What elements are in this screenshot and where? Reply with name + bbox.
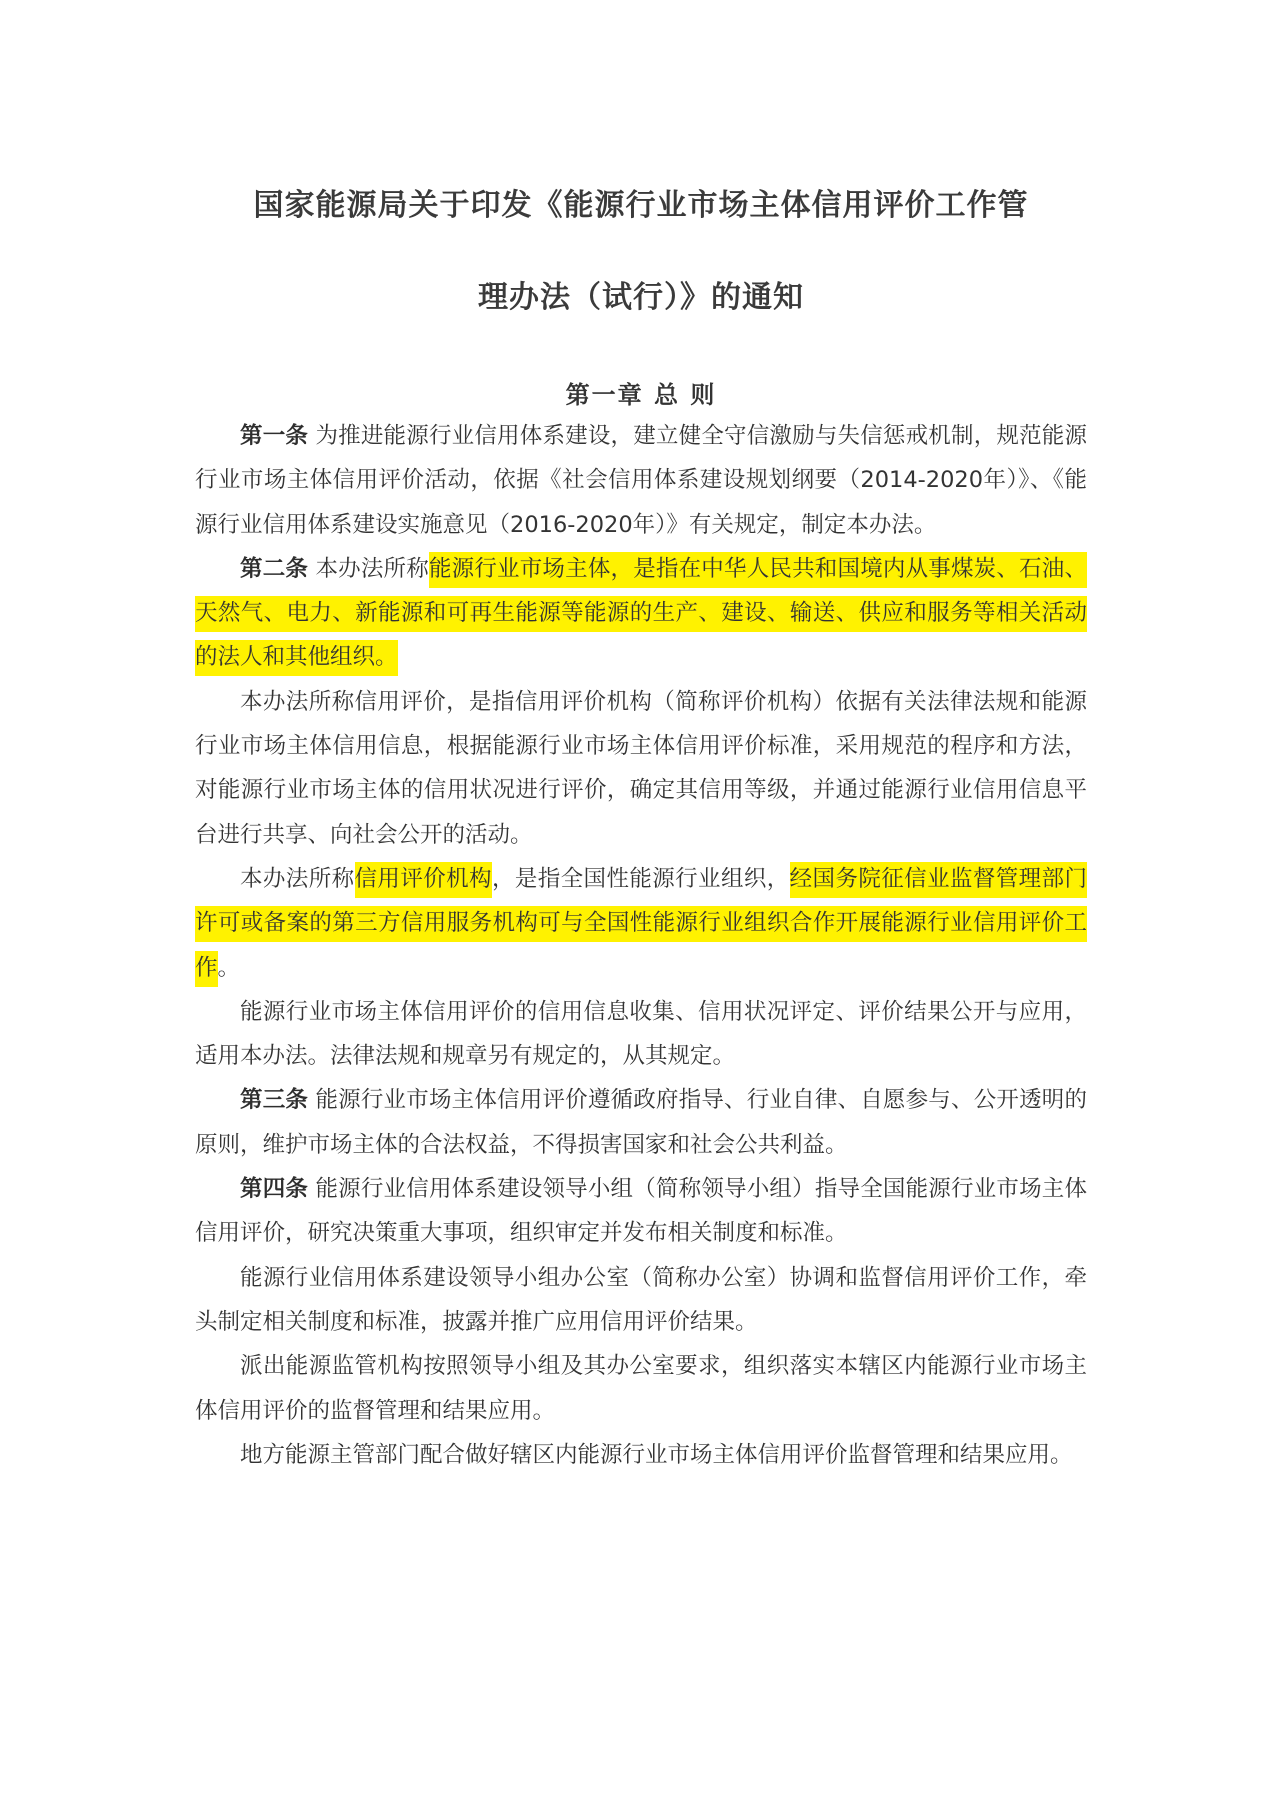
article-4-paragraph: 第四条 能源行业信用体系建设领导小组（简称领导小组）指导全国能源行业市场主体信用… bbox=[195, 1167, 1087, 1256]
paragraph-text: 本办法所称 bbox=[240, 866, 355, 892]
paragraph-text: 能源行业信用体系建设领导小组（简称领导小组）指导全国能源行业市场主体信用评价，研… bbox=[195, 1176, 1087, 1246]
office-paragraph: 能源行业信用体系建设领导小组办公室（简称办公室）协调和监督信用评价工作，牵头制定… bbox=[195, 1256, 1087, 1345]
paragraph-text: 。 bbox=[218, 955, 241, 981]
chapter-heading: 第一章 总 则 bbox=[195, 375, 1087, 410]
local-authority-paragraph: 地方能源主管部门配合做好辖区内能源行业市场主体信用评价监督管理和结果应用。 bbox=[195, 1433, 1087, 1477]
article-3-paragraph: 第三条 能源行业市场主体信用评价遵循政府指导、行业自律、自愿参与、公开透明的原则… bbox=[195, 1078, 1087, 1167]
article-label: 第一条 bbox=[240, 423, 308, 449]
paragraph-text: 本办法所称 bbox=[308, 556, 429, 582]
highlighted-text: 信用评价机构 bbox=[355, 862, 492, 898]
document-title-line-2: 理办法（试行）》的通知 bbox=[195, 272, 1087, 316]
article-label: 第二条 bbox=[240, 556, 308, 582]
scope-paragraph: 能源行业市场主体信用评价的信用信息收集、信用状况评定、评价结果公开与应用，适用本… bbox=[195, 990, 1087, 1079]
document-title-line-1: 国家能源局关于印发《能源行业市场主体信用评价工作管 bbox=[195, 180, 1087, 224]
credit-evaluation-definition-paragraph: 本办法所称信用评价，是指信用评价机构（简称评价机构）依据有关法律法规和能源行业市… bbox=[195, 680, 1087, 857]
document-body: 第一条 为推进能源行业信用体系建设，建立健全守信激励与失信惩戒机制，规范能源行业… bbox=[195, 414, 1087, 1477]
paragraph-text: 能源行业市场主体信用评价遵循政府指导、行业自律、自愿参与、公开透明的原则，维护市… bbox=[195, 1087, 1087, 1157]
paragraph-text: ，是指全国性能源行业组织， bbox=[492, 866, 790, 892]
evaluation-agency-definition-paragraph: 本办法所称信用评价机构，是指全国性能源行业组织，经国务院征信业监督管理部门许可或… bbox=[195, 857, 1087, 990]
article-label: 第四条 bbox=[240, 1176, 308, 1202]
paragraph-text: 能源行业市场主体信用评价的信用信息收集、信用状况评定、评价结果公开与应用，适用本… bbox=[195, 999, 1087, 1069]
paragraph-text: 能源行业信用体系建设领导小组办公室（简称办公室）协调和监督信用评价工作，牵头制定… bbox=[195, 1265, 1087, 1335]
regulatory-agency-paragraph: 派出能源监管机构按照领导小组及其办公室要求，组织落实本辖区内能源行业市场主体信用… bbox=[195, 1344, 1087, 1433]
article-2-paragraph: 第二条 本办法所称能源行业市场主体，是指在中华人民共和国境内从事煤炭、石油、天然… bbox=[195, 547, 1087, 680]
paragraph-text: 为推进能源行业信用体系建设，建立健全守信激励与失信惩戒机制，规范能源行业市场主体… bbox=[195, 423, 1087, 538]
article-1-paragraph: 第一条 为推进能源行业信用体系建设，建立健全守信激励与失信惩戒机制，规范能源行业… bbox=[195, 414, 1087, 547]
article-label: 第三条 bbox=[240, 1087, 308, 1113]
paragraph-text: 地方能源主管部门配合做好辖区内能源行业市场主体信用评价监督管理和结果应用。 bbox=[240, 1442, 1073, 1468]
paragraph-text: 派出能源监管机构按照领导小组及其办公室要求，组织落实本辖区内能源行业市场主体信用… bbox=[195, 1353, 1087, 1423]
paragraph-text: 本办法所称信用评价，是指信用评价机构（简称评价机构）依据有关法律法规和能源行业市… bbox=[195, 689, 1087, 848]
